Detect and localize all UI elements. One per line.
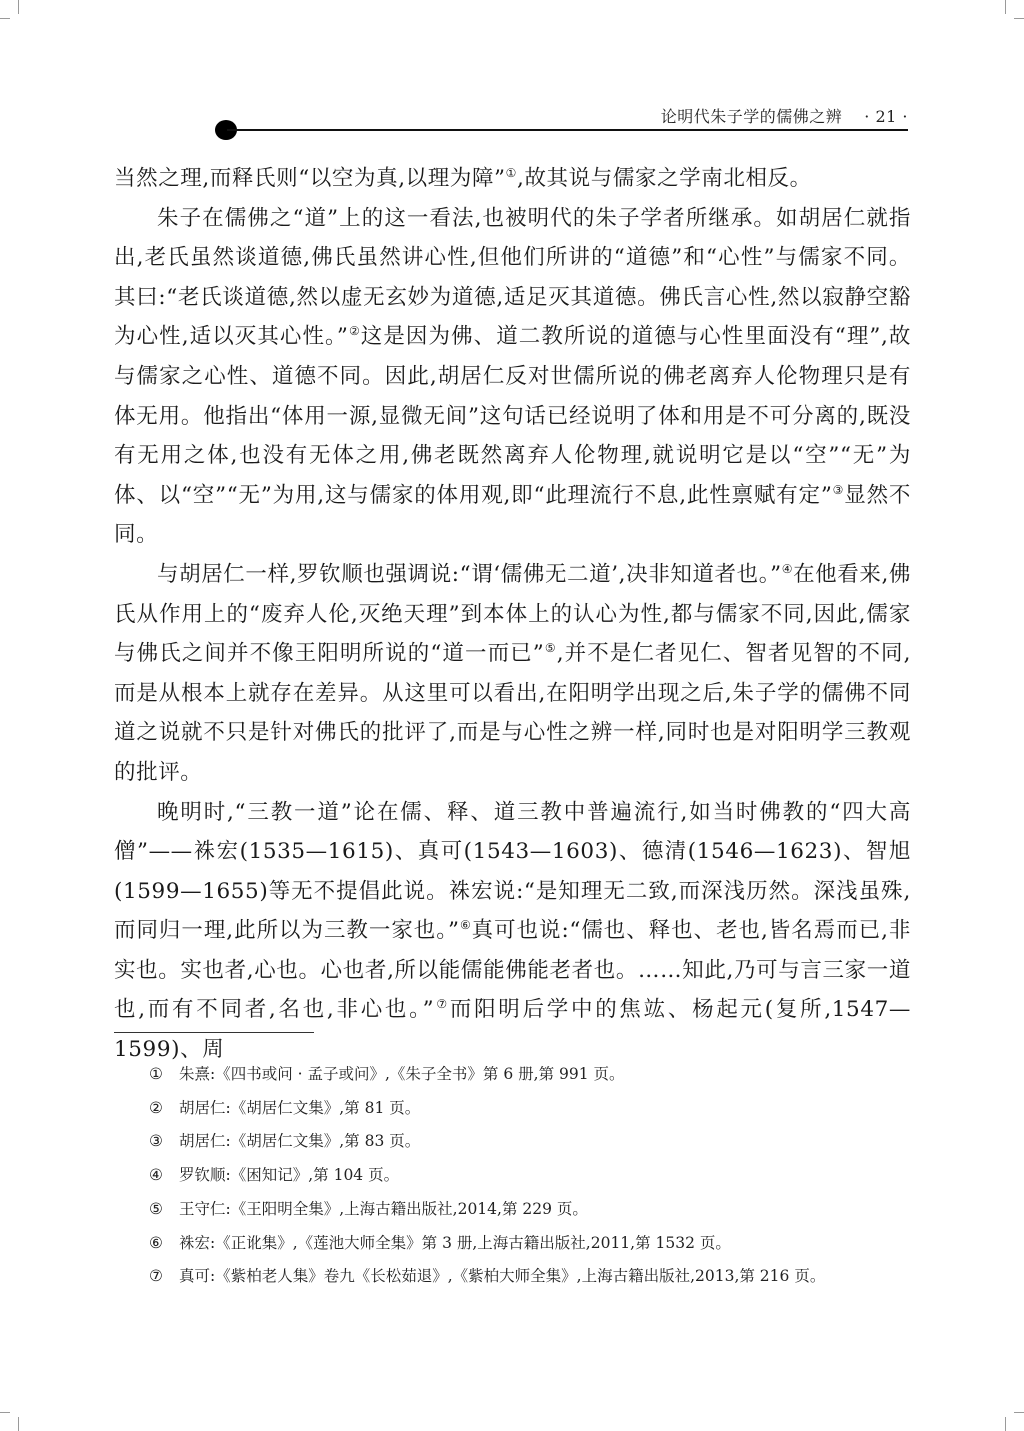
paragraph-text: 当然之理,而释氏则“以空为真,以理为障”	[114, 166, 506, 191]
paragraph: 与胡居仁一样,罗钦顺也强调说:“谓‘儒佛无二道’,决非知道者也。”④在他看来,佛…	[114, 555, 911, 793]
footnotes: ①朱熹:《四书或问 · 孟子或问》,《朱子全书》第 6 册,第 991 页。②胡…	[149, 1058, 929, 1294]
footnote-item: ④罗钦顺:《困知记》,第 104 页。	[149, 1159, 929, 1193]
footnote-text: 罗钦顺:《困知记》,第 104 页。	[179, 1166, 399, 1184]
footnote-text: 朱熹:《四书或问 · 孟子或问》,《朱子全书》第 6 册,第 991 页。	[179, 1065, 625, 1083]
page-number: · 21 ·	[864, 107, 908, 126]
footnote-ref[interactable]: ①	[506, 166, 517, 180]
footnote-item: ②胡居仁:《胡居仁文集》,第 81 页。	[149, 1092, 929, 1126]
paragraph-text: 这是因为佛、道二教所说的道德与心性里面没有“理”,故与儒家之心性、道德不同。因此…	[114, 324, 911, 507]
footnote-number: ⑥	[149, 1227, 179, 1261]
crop-mark	[0, 18, 10, 19]
footnote-number: ②	[149, 1092, 179, 1126]
footnote-item: ③胡居仁:《胡居仁文集》,第 83 页。	[149, 1125, 929, 1159]
crop-mark	[1005, 1417, 1006, 1431]
body-text: 当然之理,而释氏则“以空为真,以理为障”①,故其说与儒家之学南北相反。朱子在儒佛…	[114, 159, 911, 1070]
footnote-text: 袾宏:《正讹集》,《莲池大师全集》第 3 册,上海古籍出版社,2011,第 15…	[179, 1234, 731, 1252]
paragraph: 晚明时,“三教一道”论在儒、释、道三教中普遍流行,如当时佛教的“四大高僧”——袾…	[114, 793, 911, 1070]
footnote-item: ⑥袾宏:《正讹集》,《莲池大师全集》第 3 册,上海古籍出版社,2011,第 1…	[149, 1227, 929, 1261]
paragraph: 当然之理,而释氏则“以空为真,以理为障”①,故其说与儒家之学南北相反。	[114, 159, 911, 199]
footnote-ref[interactable]: ⑦	[434, 997, 450, 1011]
running-title: 论明代朱子学的儒佛之辨· 21 ·	[661, 104, 908, 127]
footnote-item: ⑦真可:《紫柏老人集》卷九《长松茹退》,《紫柏大师全集》,上海古籍出版社,201…	[149, 1260, 929, 1294]
footnote-number: ⑦	[149, 1260, 179, 1294]
footnote-text: 真可:《紫柏老人集》卷九《长松茹退》,《紫柏大师全集》,上海古籍出版社,2013…	[179, 1267, 825, 1285]
running-title-text: 论明代朱子学的儒佛之辨	[661, 107, 843, 126]
paragraph: 朱子在儒佛之“道”上的这一看法,也被明代的朱子学者所继承。如胡居仁就指出,老氏虽…	[114, 199, 911, 555]
footnote-number: ④	[149, 1159, 179, 1193]
paragraph-text: ,故其说与儒家之学南北相反。	[517, 166, 812, 191]
page-header: 论明代朱子学的儒佛之辨· 21 ·	[215, 104, 908, 144]
paragraph-text: 与胡居仁一样,罗钦顺也强调说:“谓‘儒佛无二道’,决非知道者也。”	[157, 562, 782, 587]
footnote-number: ⑤	[149, 1193, 179, 1227]
footnote-number: ③	[149, 1125, 179, 1159]
header-rule	[227, 129, 908, 131]
crop-mark	[1014, 18, 1024, 19]
footnote-text: 王守仁:《王阳明全集》,上海古籍出版社,2014,第 229 页。	[179, 1200, 588, 1218]
crop-mark	[0, 1412, 10, 1413]
footnote-item: ⑤王守仁:《王阳明全集》,上海古籍出版社,2014,第 229 页。	[149, 1193, 929, 1227]
footnote-ref[interactable]: ⑥	[460, 918, 472, 932]
footnote-separator	[114, 1032, 314, 1033]
crop-mark	[18, 1417, 19, 1431]
footnote-ref[interactable]: ③	[832, 483, 844, 497]
crop-mark	[1005, 0, 1006, 14]
crop-mark	[1014, 1412, 1024, 1413]
footnote-number: ①	[149, 1058, 179, 1092]
footnote-item: ①朱熹:《四书或问 · 孟子或问》,《朱子全书》第 6 册,第 991 页。	[149, 1058, 929, 1092]
footnote-ref[interactable]: ④	[782, 562, 793, 576]
footnote-ref[interactable]: ②	[348, 324, 360, 338]
footnote-ref[interactable]: ⑤	[544, 641, 556, 655]
footnote-text: 胡居仁:《胡居仁文集》,第 81 页。	[179, 1099, 420, 1117]
crop-mark	[18, 0, 19, 14]
footnote-text: 胡居仁:《胡居仁文集》,第 83 页。	[179, 1132, 420, 1150]
